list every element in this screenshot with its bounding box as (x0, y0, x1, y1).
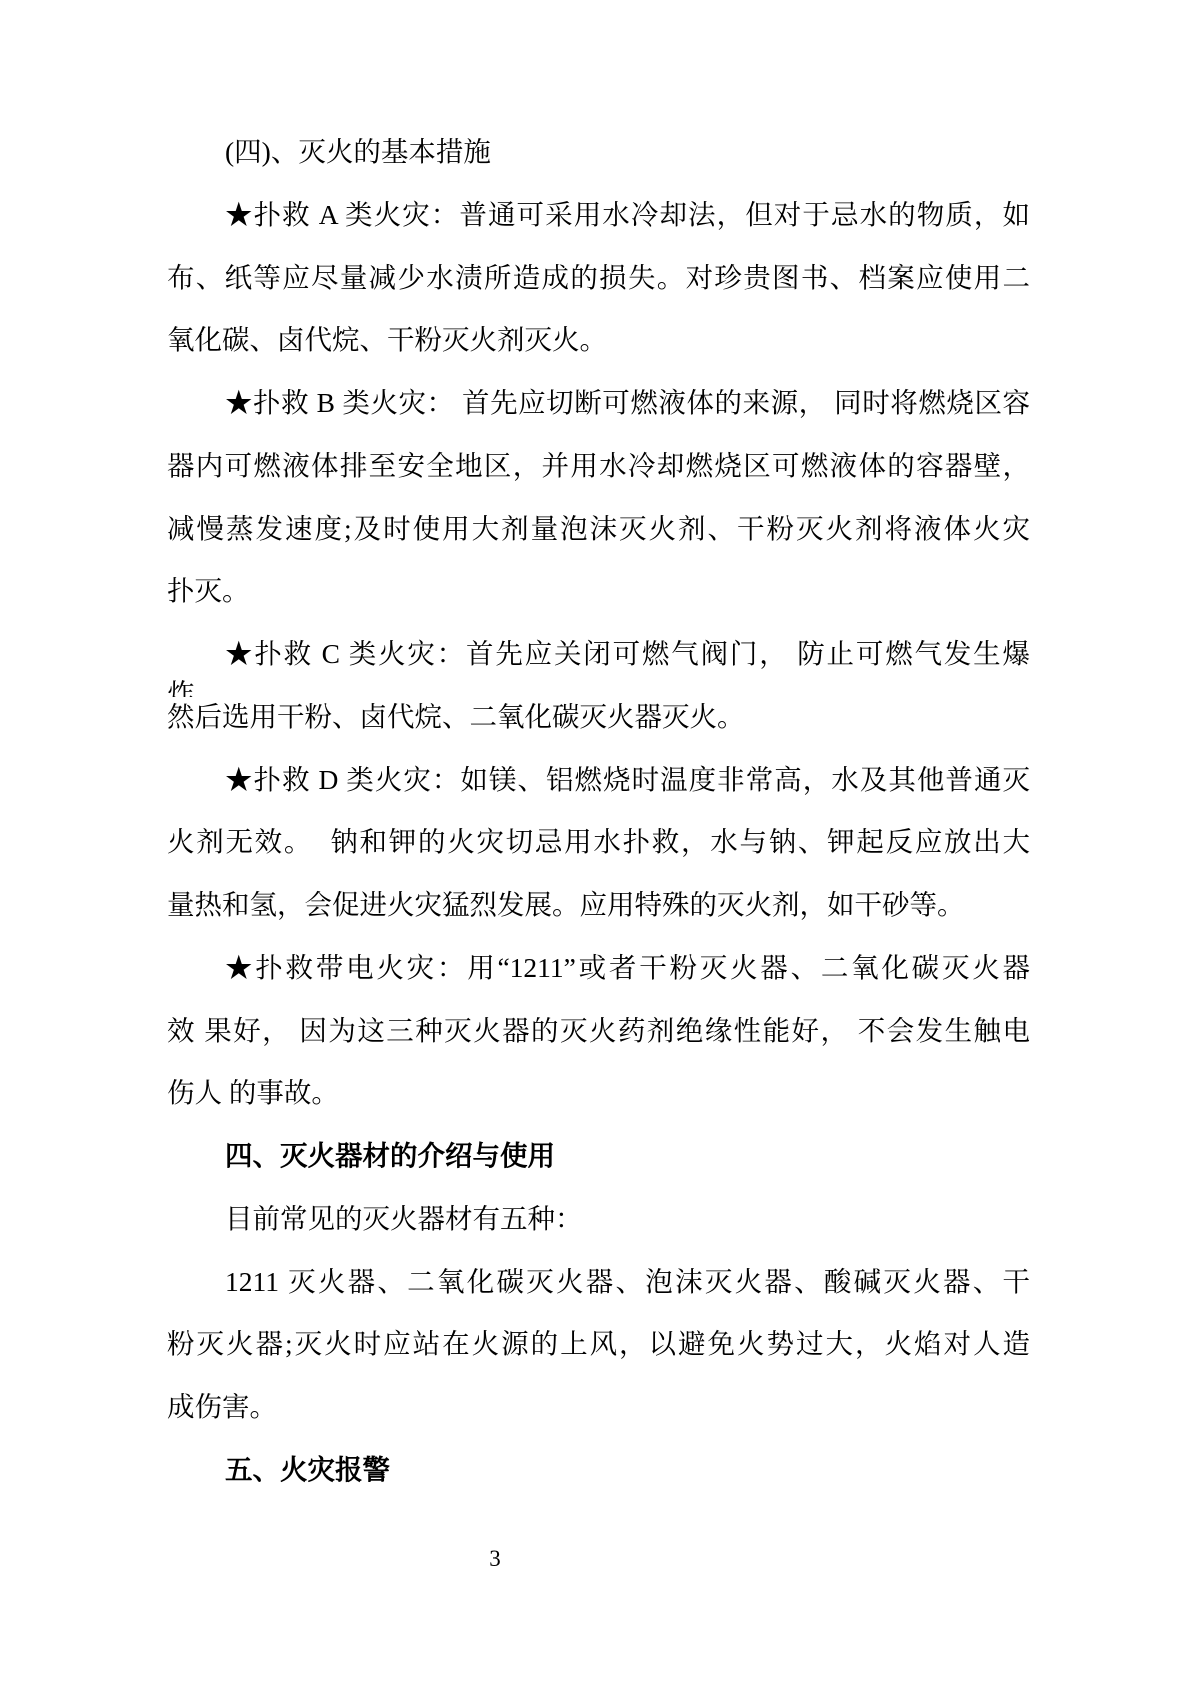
text-line: 器内可燃液体排至安全地区，并用水冷却燃烧区可燃液体的容器壁， (167, 446, 1030, 509)
text-line: 效 果好， 因为这三种灭火器的灭火药剂绝缘性能好， 不会发生触电 (167, 1011, 1030, 1074)
text-line: ★扑救 D 类火灾：如镁、铝燃烧时温度非常高，水及其他普通灭 (167, 760, 1030, 823)
text-line: ★扑救 A 类火灾：普通可采用水冷却法，但对于忌水的物质，如 (167, 195, 1030, 258)
text-line: 粉灭火器;灭火时应站在火源的上风，以避免火势过大，火焰对人造 (167, 1324, 1030, 1387)
text-line: 扑灭。 (167, 571, 1030, 634)
text-line: 伤人 的事故。 (167, 1073, 1030, 1136)
text-line: ★扑救带电火灾：用“1211”或者干粉灭火器、二氧化碳灭火器 (167, 948, 1030, 1011)
page-number: 3 (0, 1544, 990, 1574)
section-heading-line: 五、火灾报警 (167, 1450, 1030, 1513)
text-line: 氧化碳、卤代烷、干粉灭火剂灭火。 (167, 320, 1030, 383)
text-line: (四)、灭火的基本措施 (167, 132, 1030, 195)
text-line: 目前常见的灭火器材有五种： (167, 1199, 1030, 1262)
document-body: (四)、灭火的基本措施★扑救 A 类火灾：普通可采用水冷却法，但对于忌水的物质，… (167, 132, 1030, 1513)
text-line: 1211 灭火器、二氧化碳灭火器、泡沫灭火器、酸碱灭火器、干 (167, 1262, 1030, 1325)
text-line: ★扑救 B 类火灾： 首先应切断可燃液体的来源， 同时将燃烧区容 (167, 383, 1030, 446)
text-line: 然后选用干粉、卤代烷、二氧化碳灭火器灭火。 (167, 697, 1030, 760)
document-page: (四)、灭火的基本措施★扑救 A 类火灾：普通可采用水冷却法，但对于忌水的物质，… (0, 0, 1190, 1683)
text-line: ★扑救 C 类火灾：首先应关闭可燃气阀门， 防止可燃气发生爆炸， (167, 634, 1030, 697)
text-line: 减慢蒸发速度;及时使用大剂量泡沫灭火剂、干粉灭火剂将液体火灾 (167, 509, 1030, 572)
section-heading-line: 四、灭火器材的介绍与使用 (167, 1136, 1030, 1199)
text-line: 量热和氢，会促进火灾猛烈发展。应用特殊的灭火剂，如干砂等。 (167, 885, 1030, 948)
text-line: 火剂无效。 钠和钾的火灾切忌用水扑救，水与钠、钾起反应放出大 (167, 822, 1030, 885)
text-line: 成伤害。 (167, 1387, 1030, 1450)
text-line: 布、纸等应尽量减少水渍所造成的损失。对珍贵图书、档案应使用二 (167, 258, 1030, 321)
